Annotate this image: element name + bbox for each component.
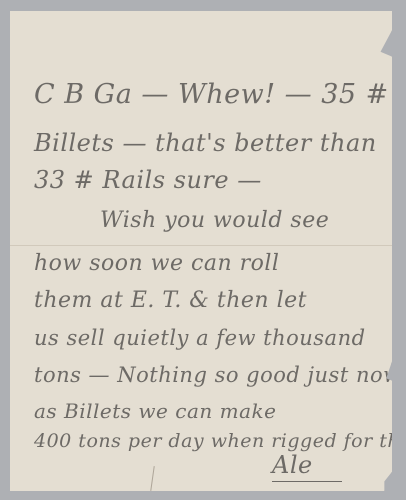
signature: Ale [272,451,313,479]
handwritten-line-5: how soon we can roll [34,251,279,276]
handwritten-line-9: as Billets we can make [34,399,276,423]
paper-crease [150,466,154,491]
handwritten-line-4: Wish you would see [100,208,329,233]
letter-page: C B Ga — Whew! — 35 # Billets — that's b… [10,11,392,491]
handwritten-line-7: us sell quietly a few thousand [34,326,366,350]
handwritten-line-3: 33 # Rails sure — [34,166,262,194]
fold-line [10,245,392,246]
handwritten-line-1: C B Ga — Whew! — 35 # [34,79,389,110]
signature-underline [272,481,342,482]
handwritten-line-8: tons — Nothing so good just now [34,363,402,387]
handwritten-line-10: 400 tons per day when rigged for them [34,430,406,452]
handwritten-line-2: Billets — that's better than [34,129,377,157]
handwritten-line-6: them at E. T. & then let [34,288,307,313]
